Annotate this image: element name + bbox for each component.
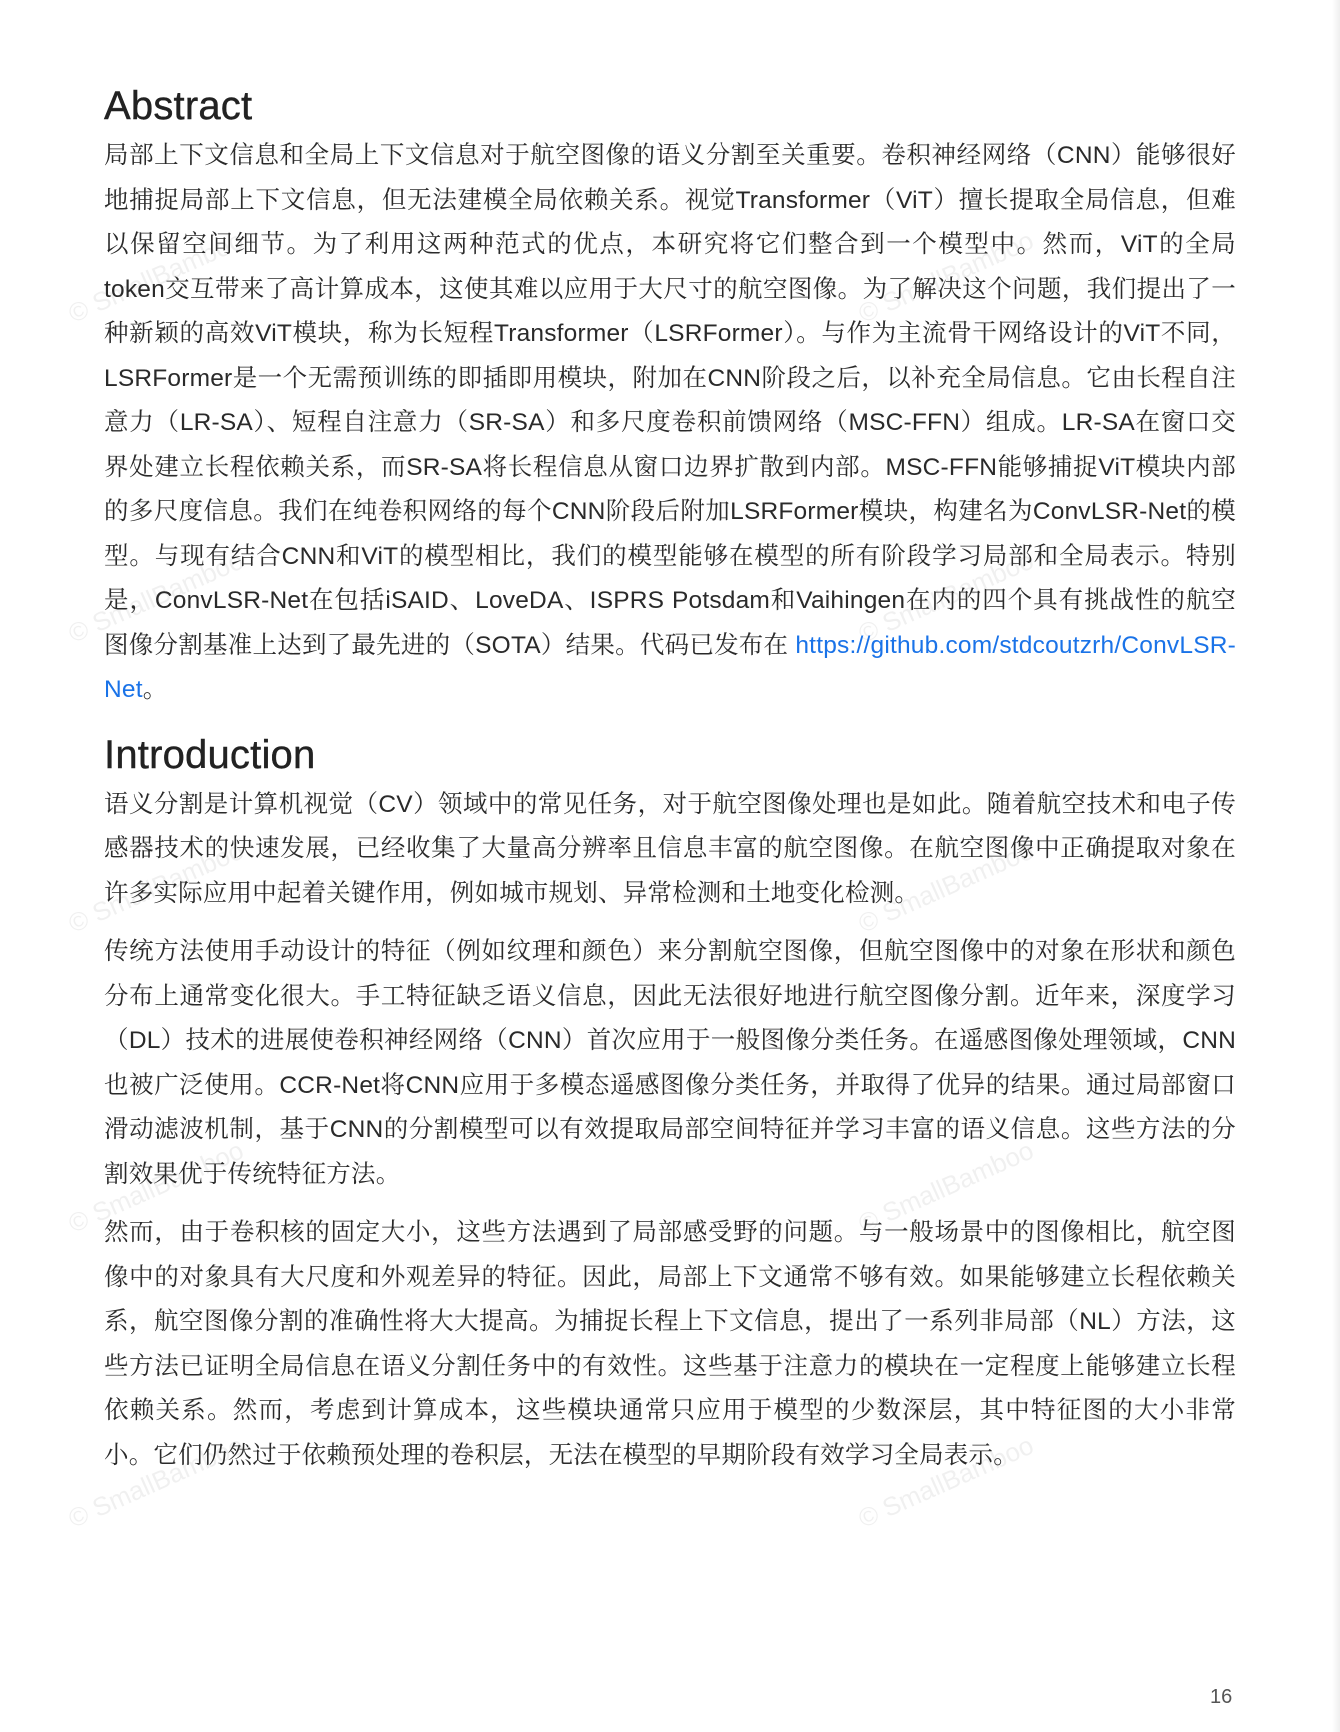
introduction-paragraph-1: 语义分割是计算机视觉（CV）领域中的常见任务，对于航空图像处理也是如此。随着航空… — [104, 783, 1236, 917]
introduction-section: Introduction 语义分割是计算机视觉（CV）领域中的常见任务，对于航空… — [104, 727, 1236, 1479]
introduction-paragraph-2: 传统方法使用手动设计的特征（例如纹理和颜色）来分割航空图像，但航空图像中的对象在… — [104, 930, 1236, 1197]
page-edge-shadow — [1332, 0, 1340, 1732]
document-page: © SmallBamboo © SmallBamboo © SmallBambo… — [0, 0, 1332, 1732]
abstract-paragraph: 局部上下文信息和全局上下文信息对于航空图像的语义分割至关重要。卷积神经网络（CN… — [104, 134, 1236, 713]
introduction-heading: Introduction — [104, 727, 1236, 783]
abstract-text: 局部上下文信息和全局上下文信息对于航空图像的语义分割至关重要。卷积神经网络（CN… — [104, 142, 1236, 659]
page-content: Abstract 局部上下文信息和全局上下文信息对于航空图像的语义分割至关重要。… — [104, 78, 1236, 1492]
abstract-heading: Abstract — [104, 78, 1236, 134]
introduction-paragraph-3: 然而，由于卷积核的固定大小，这些方法遇到了局部感受野的问题。与一般场景中的图像相… — [104, 1211, 1236, 1478]
abstract-section: Abstract 局部上下文信息和全局上下文信息对于航空图像的语义分割至关重要。… — [104, 78, 1236, 713]
abstract-text-end: 。 — [143, 676, 168, 703]
page-number: 16 — [1210, 1686, 1232, 1709]
